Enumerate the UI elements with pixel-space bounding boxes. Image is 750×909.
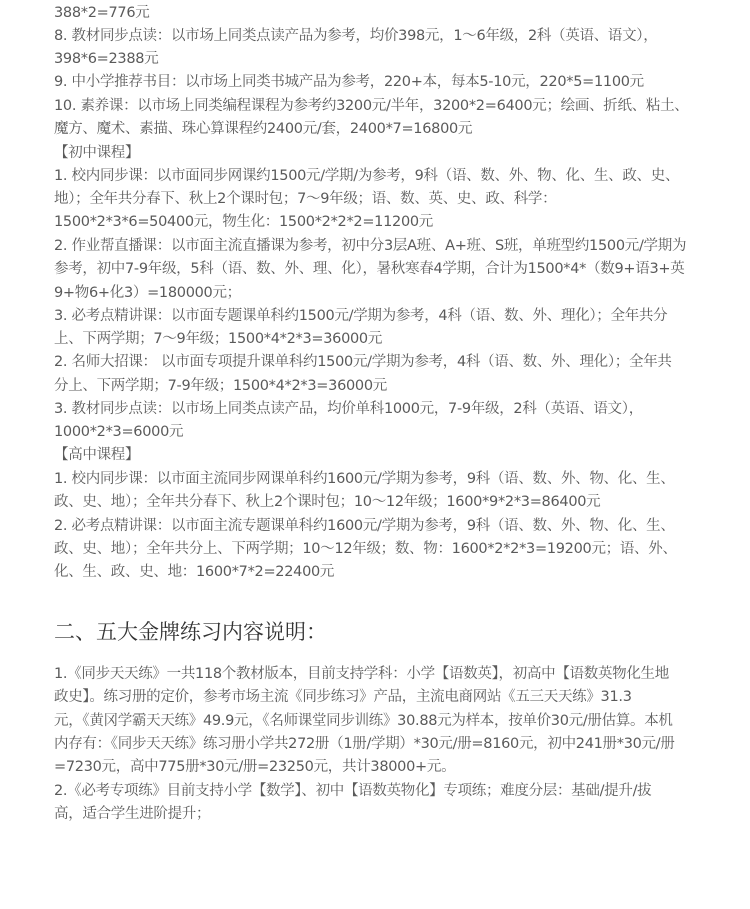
text-line: 10. 素养课：以市场上同类编程课程为参考约3200元/半年，3200*2=64… bbox=[54, 96, 688, 116]
text-line: 上、下两学期；7～9年级；1500*4*2*3=36000元 bbox=[54, 329, 382, 349]
text-line: 2. 作业帮直播课：以市面主流直播课为参考，初中分3层A班、A+班、S班，单班型… bbox=[54, 236, 686, 256]
text-line: 1.《同步天天练》一共118个教材版本，目前支持学科：小学【语数英】，初高中【语… bbox=[54, 664, 669, 684]
section-label-junior-high: 【初中课程】 bbox=[54, 143, 139, 163]
text-line: 8. 教材同步点读：以市场上同类点读产品为参考，均价398元，1～6年级，2科（… bbox=[54, 26, 657, 46]
text-line: 高，适合学生进阶提升； bbox=[54, 804, 210, 824]
text-line: 2. 必考点精讲课：以市面主流专题课单科约1600元/学期为参考，9科（语、数、… bbox=[54, 516, 675, 536]
text-line: 1500*2*3*6=50400元，物生化：1500*2*2*2=11200元 bbox=[54, 212, 433, 232]
text-line: 地）；全年共分春下、秋上2个课时包；7～9年级；语、数、英、史、政、科学： bbox=[54, 189, 556, 209]
text-line: 政史】。练习册的定价，参考市场主流《同步练习》产品，主流电商网站《五三天天练》3… bbox=[54, 687, 632, 707]
text-line: 3. 教材同步点读：以市场上同类点读产品，均价单科1000元，7-9年级，2科（… bbox=[54, 399, 643, 419]
text-line: 元，《黄冈学霸天天练》49.9元，《名师课堂同步训练》30.88元为样本，按单价… bbox=[54, 711, 673, 731]
text-line: 政、史、地）；全年共分春下、秋上2个课时包；10～12年级；1600*9*2*3… bbox=[54, 492, 600, 512]
text-line: 参考，初中7-9年级，5科（语、数、外、理、化），暑秋寒春4学期，合计为1500… bbox=[54, 259, 684, 279]
section-label-senior-high: 【高中课程】 bbox=[54, 445, 139, 465]
text-line: 2. 名师大招课： 以市面专项提升课单科约1500元/学期为参考，4科（语、数、… bbox=[54, 352, 672, 372]
text-line: 3. 必考点精讲课：以市面专题课单科约1500元/学期为参考，4科（语、数、外、… bbox=[54, 306, 667, 326]
text-line: =7230元，高中775册*30元/册=23250元，共计38000+元。 bbox=[54, 757, 455, 777]
text-line: 魔方、魔术、素描、珠心算课程约2400元/套，2400*7=16800元 bbox=[54, 119, 472, 139]
text-line: 内存有：《同步天天练》练习册小学共272册（1册/学期）*30元/册=8160元… bbox=[54, 734, 675, 754]
text-line: 政、史、地）；全年共分上、下两学期；10～12年级；数、物：1600*2*2*3… bbox=[54, 539, 677, 559]
text-line: 2.《必考专项练》目前支持小学【数学】、初中【语数英物化】专项练；难度分层：基础… bbox=[54, 781, 651, 801]
text-line: 化、生、政、史、地：1600*7*2=22400元 bbox=[54, 562, 334, 582]
section-heading: 二、五大金牌练习内容说明： bbox=[54, 618, 327, 646]
text-line: 分上、下两学期；7-9年级；1500*4*2*3=36000元 bbox=[54, 376, 387, 396]
text-line: 9. 中小学推荐书目：以市场上同类书城产品为参考，220+本，每本5-10元，2… bbox=[54, 72, 644, 92]
text-line: 9+物6+化3）=180000元； bbox=[54, 283, 241, 303]
text-line: 1. 校内同步课：以市面同步网课约1500元/学期/为参考，9科（语、数、外、物… bbox=[54, 166, 679, 186]
text-line: 388*2=776元 bbox=[54, 3, 149, 23]
text-line: 1. 校内同步课：以市面主流同步网课单科约1600元/学期为参考，9科（语、数、… bbox=[54, 469, 675, 489]
text-line: 398*6=2388元 bbox=[54, 49, 158, 69]
text-line: 1000*2*3=6000元 bbox=[54, 422, 183, 442]
